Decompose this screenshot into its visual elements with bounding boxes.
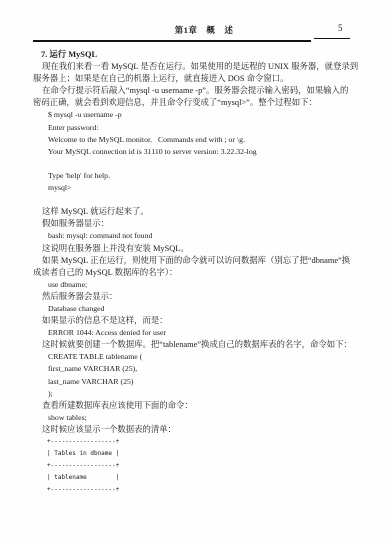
text-line: use dbname; [0, 279, 390, 291]
text-line: 如果 MySQL 正在运行，则使用下面的命令就可以访问数据库（别忘了把“dbna… [0, 255, 390, 267]
text-line: 这时候应该显示一个数据表的清单： [0, 424, 390, 436]
text-line: 现在我们来看一看 MySQL 是否在运行。如果使用的是远程的 UNIX 服务器，… [0, 61, 390, 73]
text-line: 服务器上；如果是在自己的机器上运行，就直接进入 DOS 命令窗口。 [0, 73, 390, 85]
text-line: show tables; [0, 412, 390, 424]
blank-line [0, 194, 390, 206]
text-line: | Tables in dbname | [0, 448, 390, 460]
text-line: 查看所建数据库表应该使用下面的命令： [0, 400, 390, 412]
text-line: Welcome to the MySQL monitor. Commands e… [0, 134, 390, 146]
text-line: 然后服务器会显示： [0, 291, 390, 303]
text-line: ); [0, 388, 390, 400]
text-line: +------------------+ [0, 436, 390, 448]
text-line: 在命令行提示符后敲入“mysql -u username -p”。服务器会提示输… [0, 85, 390, 97]
text-line: last_name VARCHAR (25) [0, 376, 390, 388]
text-line: +------------------+ [0, 460, 390, 472]
text-line: +------------------+ [0, 484, 390, 496]
text-line: CREATE TABLE tablename ( [0, 351, 390, 363]
text-line: 这说明在服务器上并没有安装 MySQL。 [0, 243, 390, 255]
text-line: first_name VARCHAR (25), [0, 363, 390, 375]
text-line: 这样 MySQL 就运行起来了。 [0, 206, 390, 218]
text-line: Your MySQL connection id is 31110 to ser… [0, 146, 390, 158]
text-line: mysql> [0, 182, 390, 194]
text-line: 如果显示的信息不是这样，而是： [0, 315, 390, 327]
text-line: 假如服务器显示： [0, 218, 390, 230]
text-line: 成读者自己的 MySQL 数据库的名字）： [0, 267, 390, 279]
text-line: bash: mysql: command not found [0, 230, 390, 242]
text-line: Database changed [0, 303, 390, 315]
text-line: Type 'help' for help. [0, 170, 390, 182]
header-rule [33, 40, 311, 42]
text-line: ERROR 1044: Access denied for user [0, 327, 390, 339]
blank-line [0, 158, 390, 170]
chapter-header-title: 第1章 概 述 [0, 24, 390, 36]
text-line: Enter password: [0, 122, 390, 134]
page-body: 7. 运行 MySQL现在我们来看一看 MySQL 是否在运行。如果使用的是远程… [0, 49, 390, 495]
text-line: 密码正确，就会看到欢迎信息，并且命令行变成了“mysql>”。整个过程如下： [0, 97, 390, 109]
page-number: 5 [338, 23, 343, 33]
text-line: 这时候就要创建一个数据库。把“tablename”换成自己的数据库表的名字，命令… [0, 339, 390, 351]
scanned-book-page: 第1章 概 述 5 7. 运行 MySQL现在我们来看一看 MySQL 是否在运… [0, 0, 390, 546]
text-line: $ mysql -u username -p [0, 109, 390, 121]
page-number-rule [314, 38, 350, 39]
text-line: 7. 运行 MySQL [0, 49, 390, 61]
text-line: | tablename | [0, 472, 390, 484]
